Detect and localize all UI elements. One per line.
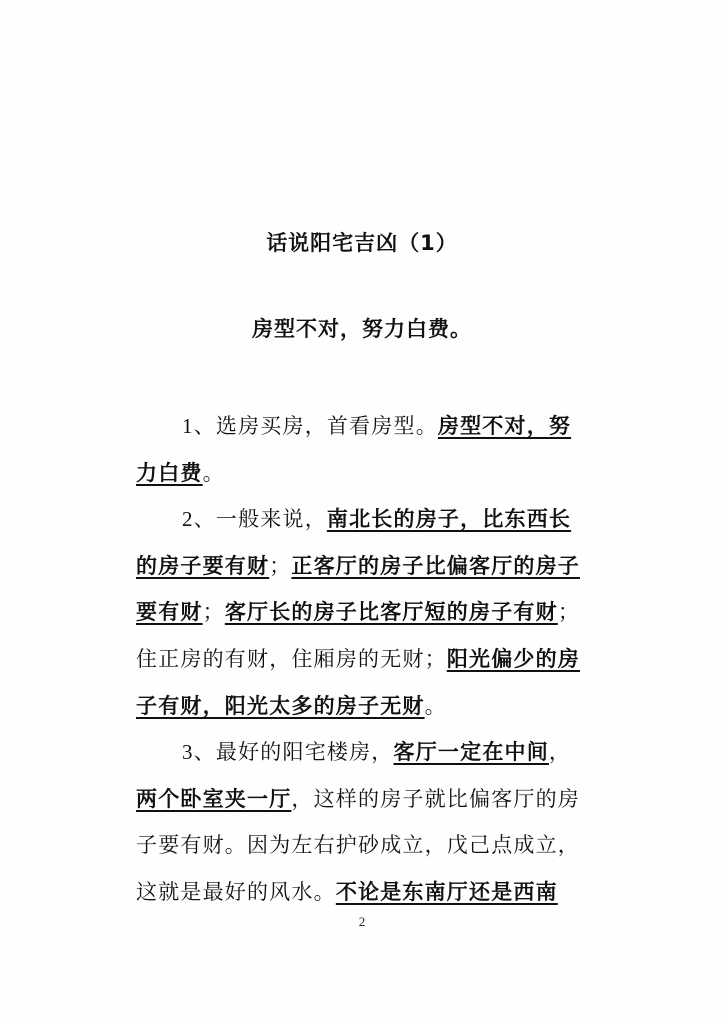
- text-segment: ，这样的房子就比偏客厅的房: [291, 787, 580, 811]
- underlined-text: 力白费: [136, 461, 203, 485]
- underlined-text: 客厅长的房子比客厅短的房子有财: [225, 600, 558, 624]
- text-line: 的房子要有财；正客厅的房子比偏客厅的房子: [136, 549, 576, 596]
- text-segment: 一般来说，: [216, 507, 327, 531]
- underlined-text: 正客厅的房子比偏客厅的房子: [291, 554, 580, 578]
- underlined-text: 房型不对，努: [438, 414, 571, 438]
- text-segment: ，: [549, 740, 571, 764]
- underlined-text: 南北长的房子，比东西长: [327, 507, 571, 531]
- text-segment: 选房买房，首看房型。: [216, 414, 438, 438]
- underlined-text: 阳光偏少的房: [447, 647, 580, 671]
- text-segment: 最好的阳宅楼房，: [216, 740, 394, 764]
- item-number: 3、: [182, 740, 216, 764]
- text-segment: 。: [425, 694, 447, 718]
- document-title: 话说阳宅吉凶（1）: [0, 228, 724, 258]
- underlined-text: 不论是东南厅还是西南: [336, 880, 558, 904]
- underlined-text: 的房子要有财: [136, 554, 269, 578]
- text-segment: 子要有财。因为左右护砂成立，戊己点成立，: [136, 833, 580, 857]
- text-segment: 。: [203, 461, 225, 485]
- text-line: 住正房的有财，住厢房的无财；阳光偏少的房: [136, 642, 576, 689]
- underlined-text: 要有财: [136, 600, 203, 624]
- item-number: 1、: [182, 414, 216, 438]
- text-segment: ；: [203, 600, 225, 624]
- text-line: 子要有财。因为左右护砂成立，戊己点成立，: [136, 828, 576, 875]
- text-line: 要有财；客厅长的房子比客厅短的房子有财；: [136, 595, 576, 642]
- text-line: 2、一般来说，南北长的房子，比东西长: [136, 502, 576, 549]
- text-line: 力白费。: [136, 456, 576, 503]
- text-segment: 住正房的有财，住厢房的无财；: [136, 647, 447, 671]
- page-number: 2: [0, 914, 724, 930]
- document-page: 话说阳宅吉凶（1） 房型不对，努力白费。 1、选房买房，首看房型。房型不对，努 …: [0, 0, 724, 1024]
- underlined-text: 客厅一定在中间: [394, 740, 549, 764]
- document-subtitle: 房型不对，努力白费。: [0, 314, 724, 344]
- text-segment: ；: [558, 600, 580, 624]
- text-segment: 这就是最好的风水。: [136, 880, 336, 904]
- text-line: 1、选房买房，首看房型。房型不对，努: [136, 409, 576, 456]
- text-line: 子有财，阳光太多的房子无财。: [136, 689, 576, 736]
- document-body: 1、选房买房，首看房型。房型不对，努 力白费。 2、一般来说，南北长的房子，比东…: [136, 409, 576, 922]
- text-segment: ；: [269, 554, 291, 578]
- underlined-text: 子有财，阳光太多的房子无财: [136, 694, 425, 718]
- text-line: 两个卧室夹一厅，这样的房子就比偏客厅的房: [136, 782, 576, 829]
- underlined-text: 两个卧室夹一厅: [136, 787, 291, 811]
- text-line: 3、最好的阳宅楼房，客厅一定在中间，: [136, 735, 576, 782]
- item-number: 2、: [182, 507, 216, 531]
